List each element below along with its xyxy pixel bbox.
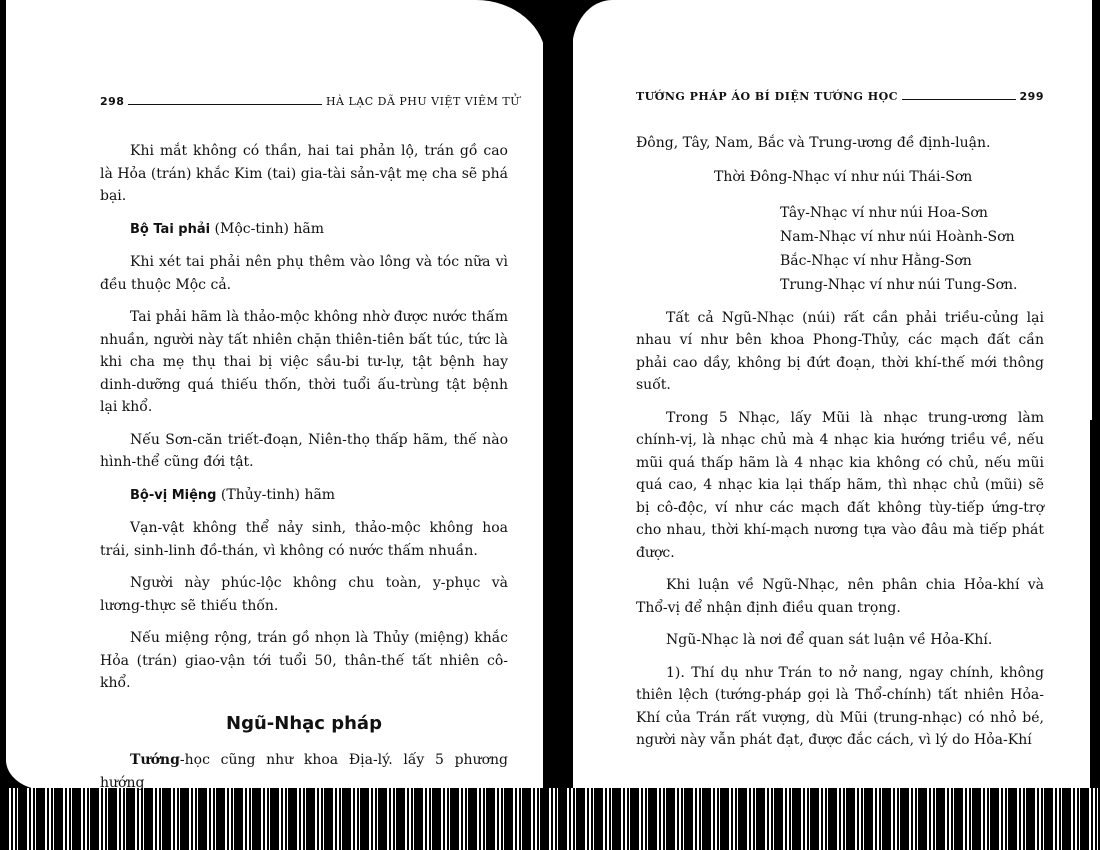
- book-gutter: [543, 0, 573, 790]
- verse-line: Thời Đông-Nhạc ví như núi Thái-Sơn: [636, 165, 1044, 189]
- verse-line: Nam-Nhạc ví như núi Hoành-Sơn: [636, 225, 1044, 249]
- paragraph: Nếu Sơn-căn triết-đoạn, Niên-thọ thấp hã…: [100, 429, 508, 474]
- header-rule: [902, 98, 1016, 100]
- subheading: Bộ-vị Miệng (Thủy-tinh) hãm: [100, 484, 508, 508]
- subheading-rest: (Thủy-tinh) hãm: [216, 487, 335, 503]
- paragraph: 1). Thí dụ như Trán to nở nang, ngay chí…: [636, 662, 1044, 752]
- subheading-bold: Bộ-vị Miệng: [130, 488, 216, 503]
- section-intro-bold: Tướng: [130, 752, 180, 768]
- left-running-head: 298 HÀ LẠC DÃ PHU VIỆT VIÊM TỬ: [100, 95, 520, 108]
- paragraph: Vạn-vật không thể nảy sinh, thảo-mộc khô…: [100, 517, 508, 562]
- scan-edge-shadow: [1090, 420, 1096, 790]
- paragraph: Ngũ-Nhạc là nơi để quan sát luận về Hỏa-…: [636, 629, 1044, 652]
- right-page-body: Đông, Tây, Nam, Bắc và Trung-ương đề địn…: [636, 132, 1044, 762]
- right-running-head: TƯỚNG PHÁP ÁO BÍ DIỆN TƯỚNG HỌC 299: [636, 90, 1044, 103]
- subheading-rest: (Mộc-tinh) hãm: [210, 221, 324, 237]
- section-intro: Tướng-học cũng như khoa Địa-lý. lấy 5 ph…: [100, 749, 508, 794]
- paragraph: Tất cả Ngũ-Nhạc (núi) rất cần phải triều…: [636, 307, 1044, 397]
- verse-line: Trung-Nhạc ví như núi Tung-Sơn.: [636, 273, 1044, 297]
- left-page-number: 298: [100, 95, 124, 108]
- paragraph: Tai phải hãm là thảo-mộc không nhờ được …: [100, 306, 508, 419]
- paragraph: Người này phúc-lộc không chu toàn, y-phụ…: [100, 572, 508, 617]
- header-rule: [128, 103, 321, 105]
- subheading: Bộ Tai phải (Mộc-tinh) hãm: [100, 218, 508, 242]
- paragraph: Nếu miệng rộng, trán gồ nhọn là Thủy (mi…: [100, 627, 508, 695]
- right-running-title: TƯỚNG PHÁP ÁO BÍ DIỆN TƯỚNG HỌC: [636, 90, 898, 103]
- continuation-line: Đông, Tây, Nam, Bắc và Trung-ương đề địn…: [636, 132, 1044, 155]
- paragraph: Trong 5 Nhạc, lấy Mũi là nhạc trung-ương…: [636, 407, 1044, 565]
- paragraph: Khi mắt không có thần, hai tai phản lộ, …: [100, 140, 508, 208]
- left-page-body: Khi mắt không có thần, hai tai phản lộ, …: [100, 140, 508, 804]
- subheading-bold: Bộ Tai phải: [130, 222, 210, 237]
- left-running-title: HÀ LẠC DÃ PHU VIỆT VIÊM TỬ: [326, 95, 520, 108]
- paragraph: Khi xét tai phải nên phụ thêm vào lông v…: [100, 251, 508, 296]
- verse-line: Bắc-Nhạc ví như Hằng-Sơn: [636, 249, 1044, 273]
- right-page-number: 299: [1020, 90, 1044, 103]
- section-heading: Ngũ-Nhạc pháp: [100, 713, 508, 736]
- verse-line: Tây-Nhạc ví như núi Hoa-Sơn: [636, 201, 1044, 225]
- verse-block: Thời Đông-Nhạc ví như núi Thái-Sơn Tây-N…: [636, 165, 1044, 297]
- paragraph: Khi luận về Ngũ-Nhạc, nên phân chia Hỏa-…: [636, 574, 1044, 619]
